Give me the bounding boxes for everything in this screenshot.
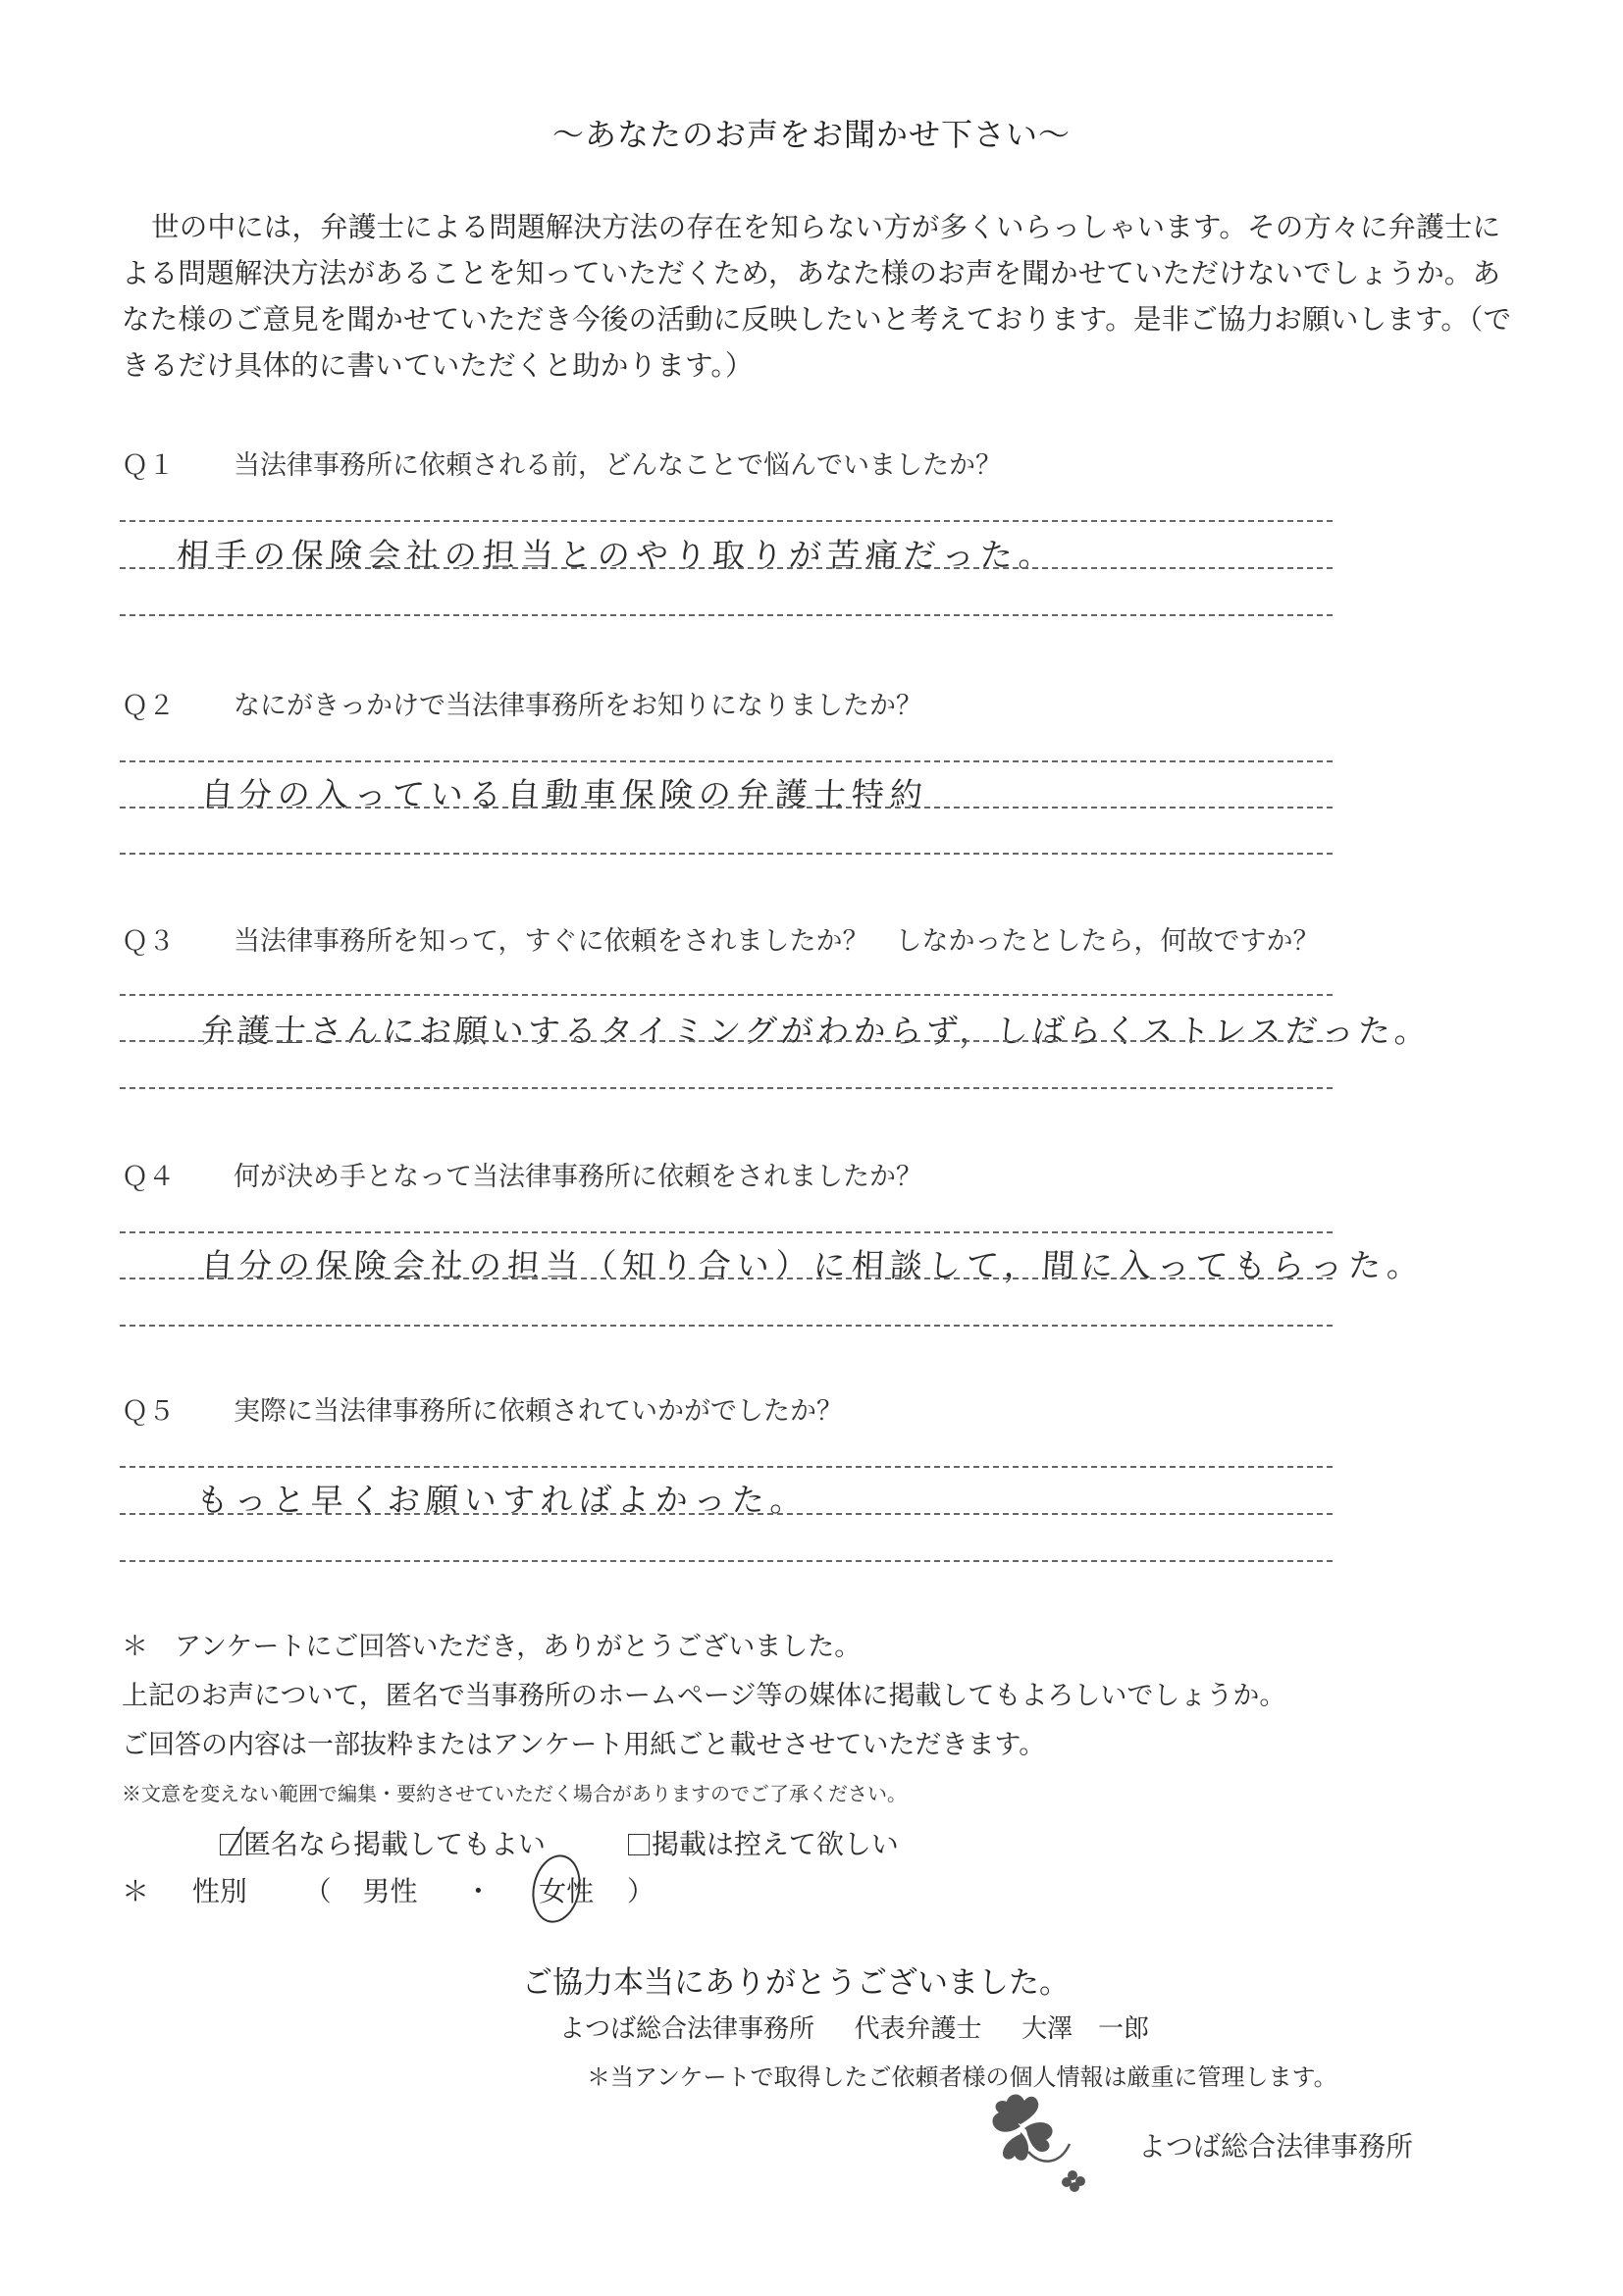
option-decline[interactable]: 掲載は控えて欲しい	[628, 1828, 899, 1860]
answer-line	[120, 807, 1333, 809]
clover-logo-icon	[981, 2085, 1099, 2193]
answer-line	[120, 614, 1333, 616]
publish-question: 上記のお声について，匿名で当事務所のホームページ等の媒体に掲載してもよろしいでし…	[122, 1674, 1285, 1712]
question-label: Ｑ４	[122, 1155, 175, 1193]
thanks-line: ＊ アンケートにご回答いただき，ありがとうございました。	[122, 1625, 861, 1663]
question-label: Ｑ３	[122, 919, 175, 958]
closing-thanks: ご協力本当にありがとうございました。	[522, 1957, 1070, 2002]
privacy-note: ＊当アンケートで取得したご依頼者様の個人情報は厳重に管理します。	[587, 2058, 1337, 2092]
answer-line	[120, 760, 1333, 762]
answer-line	[120, 1278, 1333, 1279]
answer-line	[120, 1466, 1333, 1468]
gender-option-male[interactable]: 男性	[362, 1875, 417, 1907]
gender-option-female[interactable]: 女性	[539, 1870, 594, 1909]
firm-signature: よつば総合法律事務所 代表弁護士 大澤 一郎	[559, 2009, 1149, 2045]
answer-line	[120, 1231, 1333, 1233]
open-paren: （	[304, 1875, 332, 1907]
answer-line	[120, 567, 1333, 569]
answer-line	[120, 1560, 1333, 1562]
answer-line	[120, 994, 1333, 996]
gender-row: ＊ 性別 （ 男性 ・ 女性 ）	[122, 1870, 654, 1909]
handwritten-answer: 弁護士さんにお願いするタイミングがわからず，しばらくストレスだった。	[200, 1006, 1433, 1052]
separator: ・	[464, 1875, 492, 1907]
firm-name: よつば総合法律事務所	[559, 2014, 814, 2044]
option-label: 掲載は控えて欲しい	[652, 1828, 899, 1860]
bullet: ＊	[122, 1875, 149, 1907]
checkbox-unchecked[interactable]	[628, 1834, 650, 1855]
intro-paragraph: 世の中には，弁護士による問題解決方法の存在を知らない方が多くいらっしゃいます。そ…	[122, 204, 1515, 389]
question-text: 当法律事務所に依頼される前，どんなことで悩んでいましたか？	[234, 444, 1002, 482]
question-label: Ｑ２	[122, 684, 175, 722]
checkbox-checked[interactable]	[220, 1834, 241, 1855]
representative-title: 代表弁護士	[855, 2014, 982, 2044]
logo-firm-name: よつば総合法律事務所	[1138, 2125, 1413, 2165]
answer-line	[120, 853, 1333, 855]
edit-note: ※文意を変えない範囲で編集・要約させていただく場合がありますのでご了承ください。	[122, 1778, 907, 1806]
answer-line	[120, 1040, 1333, 1042]
answer-line	[120, 520, 1333, 522]
option-allow-anonymous[interactable]: 匿名なら掲載してもよい	[220, 1828, 554, 1860]
question-text: なにがきっかけで当法律事務所をお知りになりましたか？	[234, 684, 922, 722]
question-text: 当法律事務所を知って，すぐに依頼をされましたか？ しなかったとしたら，何故ですか…	[234, 919, 1319, 958]
representative-name: 大澤 一郎	[1021, 2014, 1149, 2044]
answer-line	[120, 1087, 1333, 1089]
option-label: 匿名なら掲載してもよい	[243, 1828, 546, 1860]
question-text: 何が決め手となって当法律事務所に依頼をされましたか？	[234, 1155, 922, 1193]
question-text: 実際に当法律事務所に依頼されていかがでしたか？	[234, 1389, 843, 1428]
question-label: Ｑ１	[122, 444, 175, 482]
answer-line	[120, 1513, 1333, 1515]
gender-label: 性別	[192, 1875, 247, 1907]
publish-scope: ご回答の内容は一部抜粋またはアンケート用紙ごと載せさせていただきます。	[122, 1723, 1045, 1761]
page-title: ～あなたのお声をお聞かせ下さい～	[0, 110, 1623, 155]
question-label: Ｑ５	[122, 1389, 175, 1428]
close-paren: ）	[627, 1875, 654, 1907]
check-icon	[216, 1819, 245, 1854]
answer-line	[120, 1325, 1333, 1327]
